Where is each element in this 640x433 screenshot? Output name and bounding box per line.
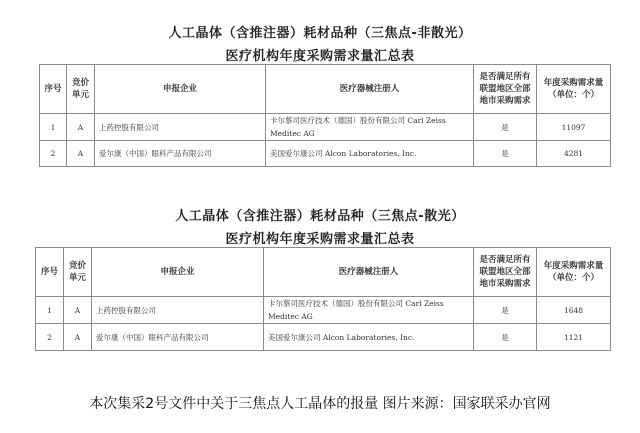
procurement-table-non-toric: 序号 竞价单元 申报企业 医疗器械注册人 是否满足所有联盟地区全部地市采购需求 … (39, 64, 611, 167)
table-row: 1 A 上药控股有限公司 卡尔蔡司医疗技术（德国）股份有限公司 Carl Zei… (40, 114, 611, 141)
cell-company: 爱尔康（中国）眼科产品有限公司 (95, 141, 266, 167)
table1-title: 人工晶体（含推注器）耗材品种（三焦点-非散光） (0, 22, 640, 41)
table2-subtitle: 医疗机构年度采购需求量汇总表 (0, 228, 640, 247)
table-row: 2 A 爱尔康（中国）眼科产品有限公司 美国爱尔康公司 Alcon Labora… (36, 324, 611, 351)
table-header-row: 序号 竞价单元 申报企业 医疗器械注册人 是否满足所有联盟地区全部地市采购需求 … (36, 248, 611, 297)
cell-registrant: 美国爱尔康公司 Alcon Laboratories, Inc. (264, 324, 474, 351)
cell-satisfy: 是 (474, 297, 537, 324)
header-satisfy: 是否满足所有联盟地区全部地市采购需求 (474, 248, 537, 297)
cell-satisfy: 是 (474, 324, 537, 351)
cell-index: 2 (36, 324, 64, 351)
cell-company: 爱尔康（中国）眼科产品有限公司 (92, 324, 264, 351)
cell-index: 2 (40, 141, 67, 167)
table-row: 2 A 爱尔康（中国）眼科产品有限公司 美国爱尔康公司 Alcon Labora… (40, 141, 611, 167)
cell-quantity: 1121 (537, 324, 611, 351)
cell-unit: A (67, 141, 95, 167)
header-index: 序号 (36, 248, 64, 297)
cell-registrant: 美国爱尔康公司 Alcon Laboratories, Inc. (266, 141, 474, 167)
header-index: 序号 (40, 65, 67, 114)
table-header-row: 序号 竞价单元 申报企业 医疗器械注册人 是否满足所有联盟地区全部地市采购需求 … (40, 65, 611, 114)
image-caption: 本次集采2号文件中关于三焦点人工晶体的报量 图片来源：国家联采办官网 (0, 393, 640, 413)
header-unit: 竞价单元 (64, 248, 92, 297)
cell-quantity: 1648 (537, 297, 611, 324)
table-row: 1 A 上药控股有限公司 卡尔蔡司医疗技术（德国）股份有限公司 Carl Zei… (36, 297, 611, 324)
cell-unit: A (67, 114, 95, 141)
header-satisfy: 是否满足所有联盟地区全部地市采购需求 (474, 65, 537, 114)
cell-index: 1 (40, 114, 67, 141)
cell-company: 上药控股有限公司 (95, 114, 266, 141)
cell-registrant: 卡尔蔡司医疗技术（德国）股份有限公司 Carl Zeiss Meditec AG (264, 297, 474, 324)
table1-subtitle: 医疗机构年度采购需求量汇总表 (0, 45, 640, 64)
cell-unit: A (64, 324, 92, 351)
header-quantity: 年度采购需求量（单位：个） (537, 65, 611, 114)
cell-quantity: 11097 (537, 114, 611, 141)
table2-title: 人工晶体（含推注器）耗材品种（三焦点-散光） (0, 205, 640, 224)
header-quantity: 年度采购需求量（单位：个） (537, 248, 611, 297)
cell-company: 上药控股有限公司 (92, 297, 264, 324)
cell-registrant: 卡尔蔡司医疗技术（德国）股份有限公司 Carl Zeiss Meditec AG (266, 114, 474, 141)
cell-satisfy: 是 (474, 141, 537, 167)
header-unit: 竞价单元 (67, 65, 95, 114)
header-company: 申报企业 (92, 248, 264, 297)
header-registrant: 医疗器械注册人 (266, 65, 474, 114)
cell-index: 1 (36, 297, 64, 324)
cell-unit: A (64, 297, 92, 324)
header-company: 申报企业 (95, 65, 266, 114)
procurement-table-toric: 序号 竞价单元 申报企业 医疗器械注册人 是否满足所有联盟地区全部地市采购需求 … (35, 247, 611, 351)
header-registrant: 医疗器械注册人 (264, 248, 474, 297)
cell-satisfy: 是 (474, 114, 537, 141)
cell-quantity: 4281 (537, 141, 611, 167)
